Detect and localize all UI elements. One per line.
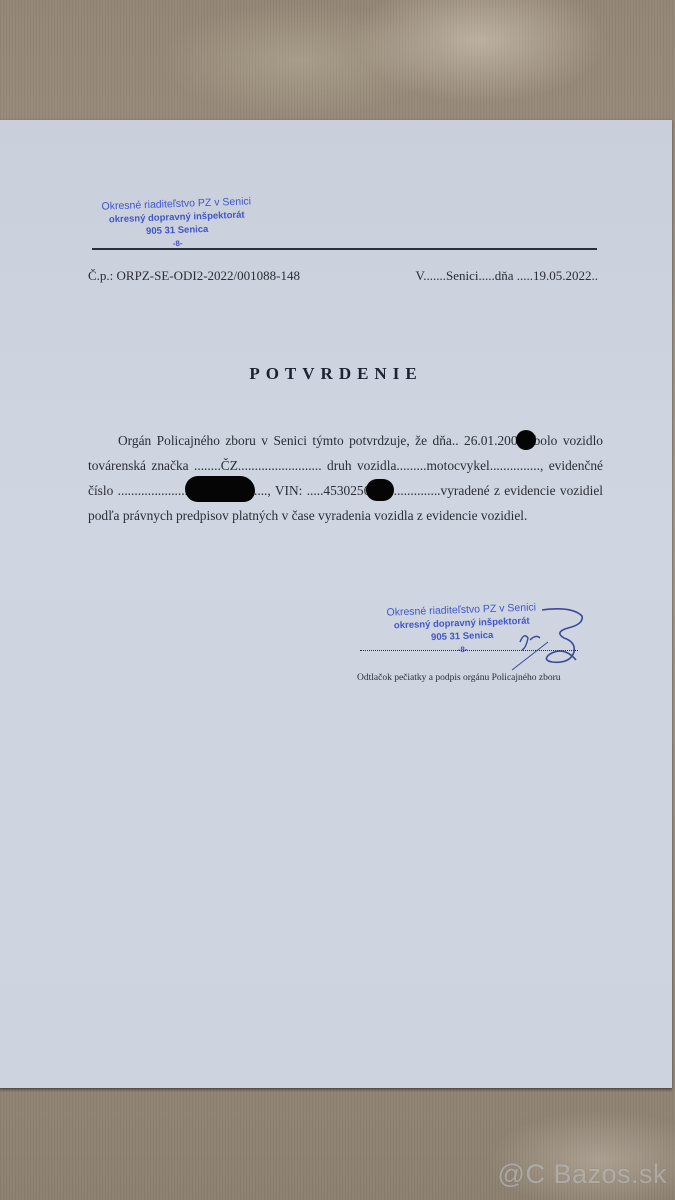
header-divider (92, 248, 597, 250)
redaction-mark (366, 479, 394, 501)
redaction-mark (185, 476, 255, 502)
place-and-date: V.......Senici.....dňa .....19.05.2022.. (416, 268, 598, 284)
reference-number: Č.p.: ORPZ-SE-ODI2-2022/001088-148 (88, 268, 300, 284)
bazos-watermark: @C Bazos.sk (498, 1159, 667, 1190)
document-page: Okresné riaditeľstvo PZ v Senici okresný… (0, 120, 672, 1088)
reference-row: Č.p.: ORPZ-SE-ODI2-2022/001088-148 V....… (88, 268, 598, 286)
confirmation-paragraph: Orgán Policajného zboru v Senici týmto p… (88, 428, 603, 528)
handwritten-signature (480, 602, 600, 672)
body-part-3: ......, VIN: .....4530256 (247, 483, 370, 498)
header-stamp: Okresné riaditeľstvo PZ v Senici okresný… (91, 195, 263, 253)
body-part-1: Orgán Policajného zboru v Senici týmto p… (118, 433, 518, 448)
document-title: POTVRDENIE (0, 364, 672, 384)
signature-caption: Odtlačok pečiatky a podpis orgánu Polica… (357, 673, 561, 683)
signature-line (360, 650, 578, 651)
redaction-mark (516, 430, 536, 450)
